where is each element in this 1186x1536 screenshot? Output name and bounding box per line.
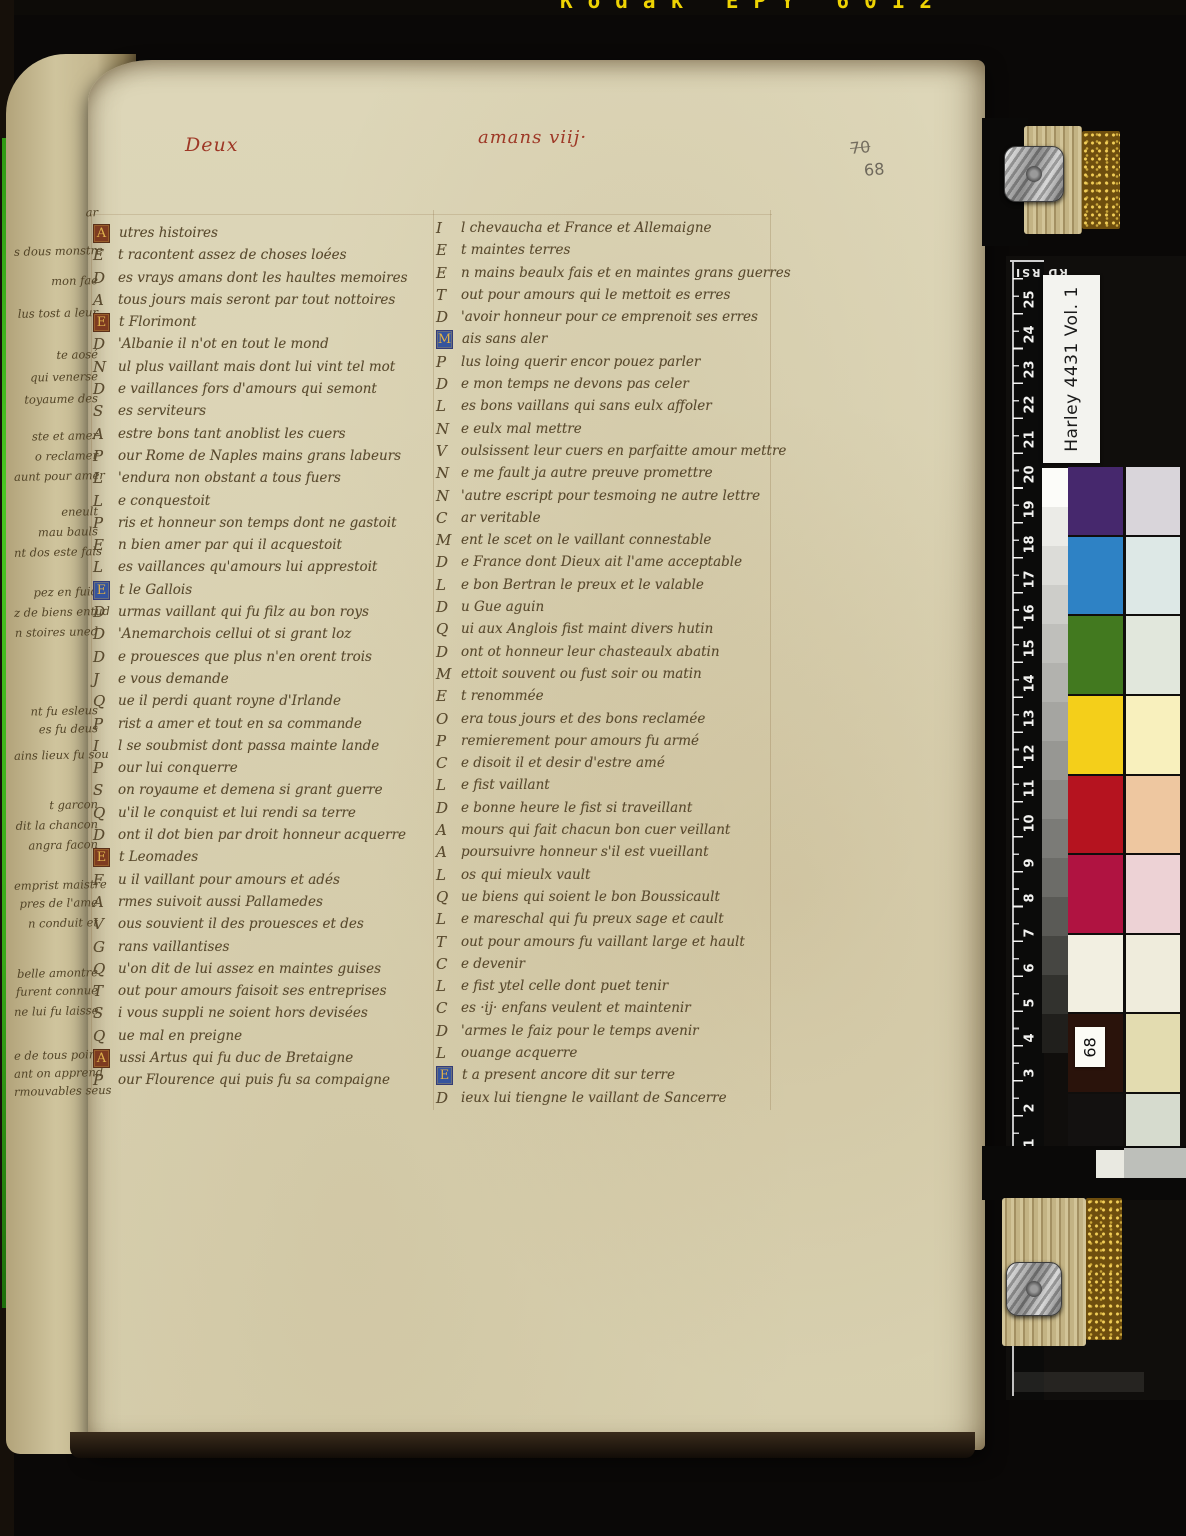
line-text: ouange acquerre <box>461 1042 577 1064</box>
line-text: e conquestoit <box>118 490 210 512</box>
ruler-number: 13 <box>1023 708 1038 728</box>
line-text: e vous demande <box>118 668 229 690</box>
line-initial: Q <box>93 690 109 712</box>
verse-line: D 'Albanie il n'ot en tout le mond <box>93 333 428 355</box>
line-text: es bons vaillans qui sans eulx affoler <box>461 395 712 417</box>
line-initial: D <box>436 641 452 663</box>
line-initial: Q <box>93 958 109 980</box>
gray-step <box>1042 780 1068 819</box>
verse-line: P our Rome de Naples mains grans labeurs <box>93 445 428 467</box>
line-text: t a present ancore dit sur terre <box>462 1064 675 1086</box>
line-text: rmes suivoit aussi Pallamedes <box>118 891 323 913</box>
line-text: ieux lui tiengne le vaillant de Sancerre <box>461 1087 727 1109</box>
line-initial: D <box>93 267 109 289</box>
line-text: estre bons tant anoblist les cuers <box>118 423 346 445</box>
color-patch-pale <box>1126 537 1180 614</box>
metal-clip-top <box>1004 146 1064 202</box>
verse-line: D e bonne heure le fist si traveillant <box>436 797 784 819</box>
color-patch-pale <box>1126 855 1180 933</box>
gray-step <box>1042 468 1068 507</box>
line-initial: S <box>93 1002 109 1024</box>
verse-line: D es vrays amans dont les haultes memoir… <box>93 267 428 289</box>
line-initial: V <box>93 913 109 935</box>
verse-line: I l se soubmist dont passa mainte lande <box>93 735 428 757</box>
verse-line: Q u'il le conquist et lui rendi sa terre <box>93 802 428 824</box>
line-initial: F <box>93 869 109 891</box>
verse-line: L 'endura non obstant a tous fuers <box>93 467 428 489</box>
line-initial: E <box>436 685 452 707</box>
text-fragment: s dous monstre <box>14 243 98 259</box>
verse-line: J e vous demande <box>93 668 428 690</box>
line-text: t Leomades <box>119 846 198 868</box>
metal-clip-bottom <box>1006 1262 1062 1316</box>
line-text: our Rome de Naples mains grans labeurs <box>118 445 401 467</box>
line-text: ettoit souvent ou fust soir ou matin <box>461 663 702 685</box>
line-text: ar veritable <box>461 507 541 529</box>
line-text: u il vaillant pour amours et adés <box>118 869 340 891</box>
text-fragment: pez en fuid <box>14 584 98 600</box>
verse-line: E n bien amer par qui il acquestoit <box>93 534 428 556</box>
line-initial: Q <box>93 802 109 824</box>
line-text: ont ot honneur leur chasteaulx abatin <box>461 641 720 663</box>
text-fragment: nt dos este fals <box>14 544 98 560</box>
color-patch-pale <box>1126 696 1180 774</box>
line-initial: L <box>93 556 109 578</box>
line-initial: D <box>436 1020 452 1042</box>
line-text: e fist ytel celle dont puet tenir <box>461 975 668 997</box>
line-text: e eulx mal mettre <box>461 418 582 440</box>
verse-line: L e mareschal qui fu preux sage et cault <box>436 908 784 930</box>
ruler-number: 23 <box>1023 359 1038 379</box>
line-initial: L <box>93 467 109 489</box>
line-initial: D <box>93 378 109 400</box>
ruler-number: 21 <box>1023 429 1038 449</box>
line-text: e prouesces que plus n'en orent trois <box>118 646 372 668</box>
verse-line: N e me fault ja autre preuve promettre <box>436 462 784 484</box>
line-initial: M <box>436 663 452 685</box>
line-text: l se soubmist dont passa mainte lande <box>118 735 379 757</box>
verse-line: A utres histoires <box>93 222 428 244</box>
line-initial: A <box>436 819 452 841</box>
line-text: mours qui fait chacun bon cuer veillant <box>461 819 730 841</box>
verse-line: D e mon temps ne devons pas celer <box>436 373 784 395</box>
line-text: 'Anemarchois cellui ot si grant loz <box>118 623 351 645</box>
line-text: ris et honneur son temps dont ne gastoit <box>118 512 397 534</box>
folio-number-old-struck: 70 <box>849 137 871 158</box>
verse-line: A estre bons tant anoblist les cuers <box>93 423 428 445</box>
line-text: ue biens qui soient le bon Boussicault <box>461 886 720 908</box>
verse-line: E t renommée <box>436 685 784 707</box>
verse-line: D urmas vaillant qui fu filz au bon roys <box>93 601 428 623</box>
line-text: 'autre escript pour tesmoing ne autre le… <box>461 485 760 507</box>
line-text: 'Albanie il n'ot en tout le mond <box>118 333 329 355</box>
text-fragment: pres de l'ame <box>14 895 98 911</box>
line-initial: A <box>93 891 109 913</box>
verse-line: E n mains beaulx fais et en maintes gran… <box>436 262 784 284</box>
line-text: t Florimont <box>119 311 196 333</box>
line-initial: I <box>93 735 109 757</box>
verse-line: V ous souvient il des prouesces et des <box>93 913 428 935</box>
line-text: ent le scet on le vaillant connestable <box>461 529 711 551</box>
gray-step <box>1042 585 1068 624</box>
text-fragment: nt fu esleus <box>14 703 98 719</box>
verse-line: L e conquestoit <box>93 490 428 512</box>
line-initial: E <box>93 313 110 332</box>
grayscale-wedge <box>1042 468 1068 1053</box>
text-fragment: rmouvables seus <box>14 1083 98 1099</box>
verse-line: D e vaillances fors d'amours qui semont <box>93 378 428 400</box>
verse-line: N ul plus vaillant mais dont lui vint te… <box>93 356 428 378</box>
book-bottom-edge <box>70 1432 975 1458</box>
verse-line: C e devenir <box>436 953 784 975</box>
ruler-number: 2 <box>1023 1093 1038 1113</box>
ruler-number: 16 <box>1023 603 1038 623</box>
verse-line: D e France dont Dieux ait l'ame acceptab… <box>436 551 784 573</box>
verse-line: D 'armes le faiz pour le temps avenir <box>436 1020 784 1042</box>
verse-line: Q ue mal en preigne <box>93 1025 428 1047</box>
verse-line: P ris et honneur son temps dont ne gasto… <box>93 512 428 534</box>
line-text: u'il le conquist et lui rendi sa terre <box>118 802 356 824</box>
line-initial: M <box>436 330 453 349</box>
line-text: e France dont Dieux ait l'ame acceptable <box>461 551 742 573</box>
gray-step <box>1042 936 1068 975</box>
text-fragment: ne lui fu laisse <box>14 1003 98 1019</box>
line-initial: A <box>93 423 109 445</box>
line-initial: S <box>93 400 109 422</box>
verse-line: E t racontent assez de choses loées <box>93 244 428 266</box>
line-initial: V <box>436 440 452 462</box>
verse-line: S on royaume et demena si grant guerre <box>93 779 428 801</box>
line-text: ussi Artus qui fu duc de Bretaigne <box>119 1047 353 1069</box>
line-text: out pour amours qui le mettoit es erres <box>461 284 730 306</box>
line-initial: S <box>93 779 109 801</box>
text-fragment: aunt pour amer <box>14 468 98 484</box>
line-initial: D <box>436 551 452 573</box>
gilt-binding-edge-top <box>1082 131 1120 229</box>
verse-line: M ent le scet on le vaillant connestable <box>436 529 784 551</box>
line-initial: P <box>93 1069 109 1091</box>
gray-step <box>1042 819 1068 858</box>
tape-strip <box>1014 1372 1144 1392</box>
line-text: t maintes terres <box>461 239 570 261</box>
line-initial: E <box>93 244 109 266</box>
ruler-number: 10 <box>1023 813 1038 833</box>
line-text: ul plus vaillant mais dont lui vint tel … <box>118 356 395 378</box>
line-initial: N <box>436 485 452 507</box>
ruler-number: 7 <box>1023 918 1038 938</box>
text-fragment: angra facon <box>14 837 98 853</box>
color-patch-main <box>1068 467 1123 535</box>
folio-number: 68 <box>863 159 885 179</box>
verse-line: G rans vaillantises <box>93 936 428 958</box>
line-initial: A <box>93 224 110 243</box>
line-text: t renommée <box>461 685 544 707</box>
text-fragment: e de tous poins <box>14 1047 98 1063</box>
verse-line: D ont il dot bien par droit honneur acqu… <box>93 824 428 846</box>
text-fragment: t garcon <box>14 797 98 813</box>
line-initial: D <box>436 596 452 618</box>
line-text: i vous suppli ne soient hors devisées <box>118 1002 368 1024</box>
ruler-half-ticks <box>1013 278 1019 1150</box>
text-fragment: eneult <box>14 504 98 520</box>
line-text: ue il perdi quant royne d'Irlande <box>118 690 341 712</box>
line-initial: P <box>93 713 109 735</box>
gray-step <box>1042 1014 1068 1053</box>
line-initial: A <box>93 289 109 311</box>
verse-line: S es serviteurs <box>93 400 428 422</box>
verse-line: A tous jours mais seront par tout nottoi… <box>93 289 428 311</box>
text-fragment: te aosé <box>14 347 98 363</box>
ruler-number: 18 <box>1023 534 1038 554</box>
verse-line: T out pour amours faisoit ses entreprise… <box>93 980 428 1002</box>
verse-line: D ont ot honneur leur chasteaulx abatin <box>436 641 784 663</box>
line-initial: Q <box>436 618 452 640</box>
line-initial: C <box>436 752 452 774</box>
line-initial: M <box>436 529 452 551</box>
line-initial: C <box>436 997 452 1019</box>
color-patch-pale <box>1126 467 1180 535</box>
line-text: 'endura non obstant a tous fuers <box>118 467 341 489</box>
line-text: ous souvient il des prouesces et des <box>118 913 364 935</box>
line-initial: N <box>93 356 109 378</box>
line-text: e vaillances fors d'amours qui semont <box>118 378 377 400</box>
line-text: ue mal en preigne <box>118 1025 242 1047</box>
verse-line: N e eulx mal mettre <box>436 418 784 440</box>
gilt-binding-edge-bottom <box>1086 1198 1122 1340</box>
line-initial: P <box>93 512 109 534</box>
verse-line: P our Flourence qui puis fu sa compaigne <box>93 1069 428 1091</box>
ruler-number: 8 <box>1023 883 1038 903</box>
color-patch-main <box>1068 696 1123 774</box>
line-initial: E <box>93 581 110 600</box>
line-initial: C <box>436 953 452 975</box>
line-initial: D <box>436 373 452 395</box>
verse-line: A mours qui fait chacun bon cuer veillan… <box>436 819 784 841</box>
text-fragment: qui venerse <box>14 369 98 385</box>
verse-line: L es bons vaillans qui sans eulx affoler <box>436 395 784 417</box>
verse-line: T out pour amours qui le mettoit es erre… <box>436 284 784 306</box>
gray-step <box>1042 702 1068 741</box>
line-text: es serviteurs <box>118 400 206 422</box>
line-initial: D <box>436 306 452 328</box>
verse-line: A poursuivre honneur s'il est vueillant <box>436 841 784 863</box>
verse-line: L e bon Bertran le preux et le valable <box>436 574 784 596</box>
line-initial: L <box>436 774 452 796</box>
verse-line: V oulsissent leur cuers en parfaitte amo… <box>436 440 784 462</box>
verse-line: D 'Anemarchois cellui ot si grant loz <box>93 623 428 645</box>
color-patch-main <box>1068 776 1123 853</box>
gray-step <box>1042 741 1068 780</box>
line-initial: Q <box>436 886 452 908</box>
verse-line: L e fist vaillant <box>436 774 784 796</box>
ruler-number: 22 <box>1023 394 1038 414</box>
ruler-number: 17 <box>1023 569 1038 589</box>
verse-line: L es vaillances qu'amours lui apprestoit <box>93 556 428 578</box>
ruler-number: 9 <box>1023 848 1038 868</box>
text-fragment: lus tost a leur <box>14 305 98 321</box>
verse-line: N 'autre escript pour tesmoing ne autre … <box>436 485 784 507</box>
text-fragment: emprist maistre <box>14 877 98 893</box>
line-initial: T <box>436 931 452 953</box>
line-initial: A <box>436 841 452 863</box>
line-initial: O <box>436 708 452 730</box>
line-initial: D <box>93 824 109 846</box>
line-text: utres histoires <box>119 222 218 244</box>
verse-line: M ais sans aler <box>436 328 784 350</box>
verse-line: M ettoit souvent ou fust soir ou matin <box>436 663 784 685</box>
line-initial: A <box>93 1049 110 1068</box>
line-text: rans vaillantises <box>118 936 229 958</box>
running-header-left: Deux <box>185 134 238 156</box>
verse-line: E t Florimont <box>93 311 428 333</box>
line-initial: N <box>436 418 452 440</box>
ruler-number: 15 <box>1023 638 1038 658</box>
running-header-right: amans viij· <box>478 127 587 148</box>
ruling-line <box>433 210 434 1110</box>
line-text: os qui mieulx vault <box>461 864 590 886</box>
text-fragment: belle amontre <box>14 965 98 981</box>
line-initial: L <box>436 975 452 997</box>
verse-line: S i vous suppli ne soient hors devisées <box>93 1002 428 1024</box>
verse-line: P remierement pour amours fu armé <box>436 730 784 752</box>
ruler-number: 3 <box>1023 1058 1038 1078</box>
verse-line: A ussi Artus qui fu duc de Bretaigne <box>93 1047 428 1069</box>
verse-line: E t maintes terres <box>436 239 784 261</box>
shelfmark-label: Harley 4431 Vol. 1 <box>1043 275 1100 463</box>
verse-line: E t le Gallois <box>93 579 428 601</box>
line-initial: T <box>436 284 452 306</box>
line-initial: T <box>93 980 109 1002</box>
line-text: n bien amer par qui il acquestoit <box>118 534 342 556</box>
color-patch-main <box>1068 537 1123 614</box>
line-text: ais sans aler <box>462 328 547 350</box>
text-fragment: dit la chancon <box>14 817 98 833</box>
text-fragment: o reclamer <box>14 448 98 464</box>
ruler-number: 6 <box>1023 953 1038 973</box>
line-initial: E <box>436 239 452 261</box>
verse-line: L e fist ytel celle dont puet tenir <box>436 975 784 997</box>
line-initial: D <box>93 623 109 645</box>
line-text: e disoit il et desir d'estre amé <box>461 752 665 774</box>
line-text: e bonne heure le fist si traveillant <box>461 797 692 819</box>
text-fragment: z de biens entud <box>14 604 98 620</box>
line-text: l chevaucha et France et Allemaigne <box>461 217 712 239</box>
verse-line: P our lui conquerre <box>93 757 428 779</box>
color-patch-pale <box>1126 616 1180 694</box>
line-initial: P <box>436 730 452 752</box>
line-text: era tous jours et des bons reclamée <box>461 708 705 730</box>
verse-line: D e prouesces que plus n'en orent trois <box>93 646 428 668</box>
gray-step <box>1042 897 1068 936</box>
ruler-number: 25 <box>1023 289 1038 309</box>
photograph-of-manuscript: Kodak EPY 6012 Deux amans viij· 70 68 ar… <box>0 0 1186 1536</box>
gray-step <box>1042 546 1068 585</box>
verse-line: Q ue biens qui soient le bon Boussicault <box>436 886 784 908</box>
text-fragment: ste et amer <box>14 428 98 444</box>
line-initial: N <box>436 462 452 484</box>
line-text: e mon temps ne devons pas celer <box>461 373 689 395</box>
line-initial: Q <box>93 1025 109 1047</box>
line-initial: L <box>436 908 452 930</box>
line-text: our Flourence qui puis fu sa compaigne <box>118 1069 390 1091</box>
ruler-number: 20 <box>1023 464 1038 484</box>
ruler-number: 19 <box>1023 499 1038 519</box>
ruler-number: 1 <box>1023 1128 1038 1148</box>
line-initial: D <box>93 646 109 668</box>
line-text: ui aux Anglois fist maint divers hutin <box>461 618 713 640</box>
ruler-number: 11 <box>1023 778 1038 798</box>
text-fragment: ains lieux fu sou <box>14 747 98 763</box>
line-text: poursuivre honneur s'il est vueillant <box>461 841 709 863</box>
line-initial: L <box>436 395 452 417</box>
text-column-left: A utres histoires E t racontent assez de… <box>93 222 428 1092</box>
film-edge-strip: Kodak EPY 6012 <box>0 0 1186 15</box>
line-text: on royaume et demena si grant guerre <box>118 779 383 801</box>
line-text: e fist vaillant <box>461 774 550 796</box>
ruler-number: 14 <box>1023 673 1038 693</box>
line-text: lus loing querir encor pouez parler <box>461 351 700 373</box>
verse-line: O era tous jours et des bons reclamée <box>436 708 784 730</box>
line-text: our lui conquerre <box>118 757 238 779</box>
line-initial: D <box>436 797 452 819</box>
line-text: e devenir <box>461 953 525 975</box>
line-text: out pour amours fu vaillant large et hau… <box>461 931 745 953</box>
card-end-tab <box>1124 1148 1186 1178</box>
verse-line: D 'avoir honneur pour ce emprenoit ses e… <box>436 306 784 328</box>
verse-line: E t Leomades <box>93 846 428 868</box>
film-edge-marking: Kodak EPY 6012 <box>560 0 947 13</box>
line-text: t racontent assez de choses loées <box>118 244 347 266</box>
line-text: 'armes le faiz pour le temps avenir <box>461 1020 699 1042</box>
line-initial: D <box>436 1087 452 1109</box>
verse-line: C es ·ij· enfans veulent et maintenir <box>436 997 784 1019</box>
line-text: remierement pour amours fu armé <box>461 730 699 752</box>
text-fragment: toyaume des <box>14 391 98 407</box>
color-patch-main <box>1068 616 1123 694</box>
color-patch-main <box>1068 935 1123 1012</box>
text-fragment: furent connue <box>14 983 98 999</box>
shelfmark-text: Harley 4431 Vol. 1 <box>1062 286 1082 452</box>
line-text: ont il dot bien par droit honneur acquer… <box>118 824 406 846</box>
line-initial: L <box>93 490 109 512</box>
color-patch-pale <box>1126 1014 1180 1092</box>
line-initial: P <box>93 445 109 467</box>
verse-line: D ieux lui tiengne le vaillant de Sancer… <box>436 1087 784 1109</box>
verse-line: E t a present ancore dit sur terre <box>436 1064 784 1086</box>
line-text: u Gue aguin <box>461 596 544 618</box>
verse-line: T out pour amours fu vaillant large et h… <box>436 931 784 953</box>
verse-line: P lus loing querir encor pouez parler <box>436 351 784 373</box>
line-text: es vaillances qu'amours lui apprestoit <box>118 556 377 578</box>
line-text: 'avoir honneur pour ce emprenoit ses err… <box>461 306 758 328</box>
line-text: es ·ij· enfans veulent et maintenir <box>461 997 691 1019</box>
ruler-number: 12 <box>1023 743 1038 763</box>
text-fragment: mau bauls <box>14 524 98 540</box>
gray-step <box>1042 975 1068 1014</box>
gray-step <box>1042 624 1068 663</box>
line-initial: L <box>436 1042 452 1064</box>
text-column-right: I l chevaucha et France et Allemaigne E … <box>436 217 784 1109</box>
line-initial: J <box>93 668 109 690</box>
gray-step <box>1042 858 1068 897</box>
text-fragment: mon fae <box>14 273 98 289</box>
text-fragment: n conduit et <box>14 915 98 931</box>
line-text: es vrays amans dont les haultes memoires <box>118 267 408 289</box>
line-text: e me fault ja autre preuve promettre <box>461 462 713 484</box>
color-patch-main <box>1068 855 1123 933</box>
line-text: n mains beaulx fais et en maintes grans … <box>461 262 791 284</box>
verse-line: Q u'on dit de lui assez en maintes guise… <box>93 958 428 980</box>
